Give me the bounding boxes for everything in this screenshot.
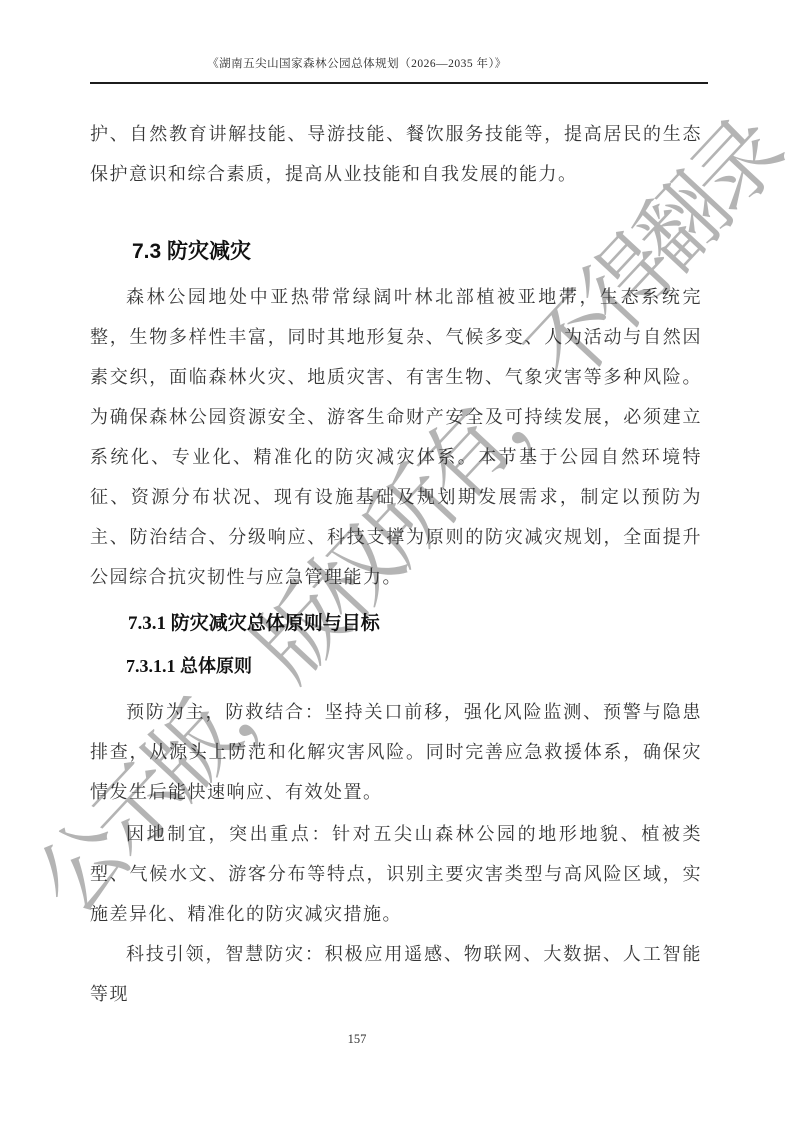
page-number: 157 <box>0 1032 714 1047</box>
paragraph-principle-local-conditions: 因地制宜，突出重点：针对五尖山森林公园的地形地貌、植被类型、气候水文、游客分布等… <box>90 814 702 934</box>
section-heading-7-3: 7.3 防灾减灾 <box>90 238 702 266</box>
paragraph-principle-prevention: 预防为主，防救结合：坚持关口前移，强化风险监测、预警与隐患排查，从源头上防范和化… <box>90 692 702 812</box>
paragraph-overview: 森林公园地处中亚热带常绿阔叶林北部植被亚地带，生态系统完整，生物多样性丰富，同时… <box>90 277 702 597</box>
header-divider <box>90 82 708 84</box>
paragraph-continuation: 护、自然教育讲解技能、导游技能、餐饮服务技能等，提高居民的生态保护意识和综合素质… <box>90 114 702 194</box>
document-page: 公示版，版权所有，不得翻录 《湖南五尖山国家森林公园总体规划（2026—2035… <box>0 0 794 1122</box>
page-header-title: 《湖南五尖山国家森林公园总体规划（2026—2035 年）》 <box>0 55 714 71</box>
subsection-heading-7-3-1-1: 7.3.1.1 总体原则 <box>90 654 702 679</box>
subsection-heading-7-3-1: 7.3.1 防灾减灾总体原则与目标 <box>90 611 702 637</box>
paragraph-principle-technology: 科技引领，智慧防灾：积极应用遥感、物联网、大数据、人工智能等现 <box>90 934 702 1014</box>
document-body: 护、自然教育讲解技能、导游技能、餐饮服务技能等，提高居民的生态保护意识和综合素质… <box>90 114 702 1014</box>
